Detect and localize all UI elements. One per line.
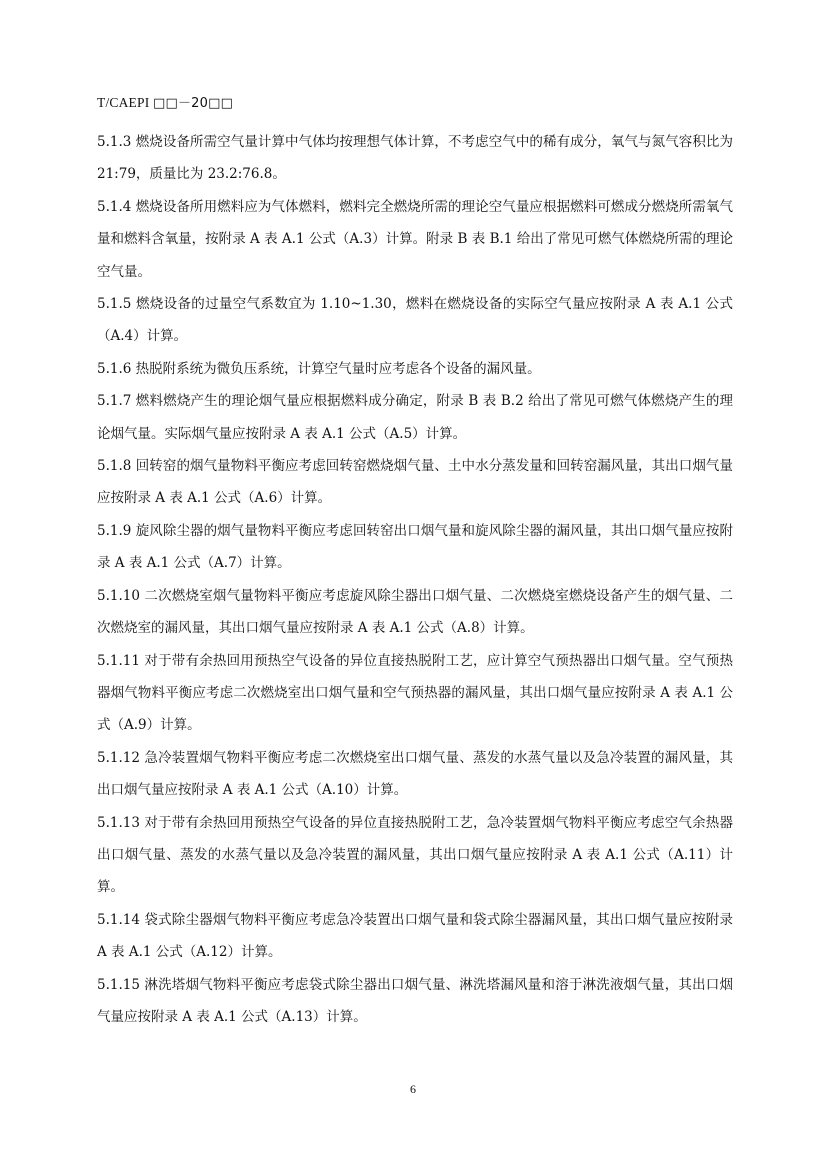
clause-5-1-7: 5.1.7 燃料燃烧产生的理论烟气量应根据燃料成分确定，附录 B 表 B.2 给… bbox=[97, 385, 733, 450]
clause-5-1-10: 5.1.10 二次燃烧室烟气量物料平衡应考虑旋风除尘器出口烟气量、二次燃烧室燃烧… bbox=[97, 580, 733, 645]
clause-5-1-8: 5.1.8 回转窑的烟气量物料平衡应考虑回转窑燃烧烟气量、土中水分蒸发量和回转窑… bbox=[97, 450, 733, 515]
clause-5-1-13: 5.1.13 对于带有余热回用预热空气设备的异位直接热脱附工艺，急冷装置烟气物料… bbox=[97, 807, 733, 904]
clause-5-1-6: 5.1.6 热脱附系统为微负压系统，计算空气量时应考虑各个设备的漏风量。 bbox=[97, 353, 733, 385]
clause-5-1-12: 5.1.12 急冷装置烟气物料平衡应考虑二次燃烧室出口烟气量、蒸发的水蒸气量以及… bbox=[97, 742, 733, 807]
clause-5-1-14: 5.1.14 袋式除尘器烟气物料平衡应考虑急冷装置出口烟气量和袋式除尘器漏风量，… bbox=[97, 904, 733, 969]
page-number: 6 bbox=[0, 1082, 826, 1097]
standard-code-prefix: T/CAEPI bbox=[97, 95, 149, 110]
clause-5-1-15: 5.1.15 淋洗塔烟气物料平衡应考虑袋式除尘器出口烟气量、淋洗塔漏风量和溶于淋… bbox=[97, 969, 733, 1034]
document-body: 5.1.3 燃烧设备所需空气量计算中气体均按理想气体计算，不考虑空气中的稀有成分… bbox=[97, 126, 733, 1033]
standard-code-header: T/CAEPI □□－20□□ bbox=[97, 92, 233, 111]
clause-5-1-5: 5.1.5 燃烧设备的过量空气系数宜为 1.10~1.30，燃料在燃烧设备的实际… bbox=[97, 288, 733, 353]
clause-5-1-11: 5.1.11 对于带有余热回用预热空气设备的异位直接热脱附工艺，应计算空气预热器… bbox=[97, 645, 733, 742]
clause-5-1-9: 5.1.9 旋风除尘器的烟气量物料平衡应考虑回转窑出口烟气量和旋风除尘器的漏风量… bbox=[97, 515, 733, 580]
document-page: T/CAEPI □□－20□□ 5.1.3 燃烧设备所需空气量计算中气体均按理想… bbox=[0, 0, 826, 1169]
standard-code-suffix: □□－20□□ bbox=[153, 96, 233, 111]
clause-5-1-3: 5.1.3 燃烧设备所需空气量计算中气体均按理想气体计算，不考虑空气中的稀有成分… bbox=[97, 126, 733, 191]
clause-5-1-4: 5.1.4 燃烧设备所用燃料应为气体燃料，燃料完全燃烧所需的理论空气量应根据燃料… bbox=[97, 191, 733, 288]
